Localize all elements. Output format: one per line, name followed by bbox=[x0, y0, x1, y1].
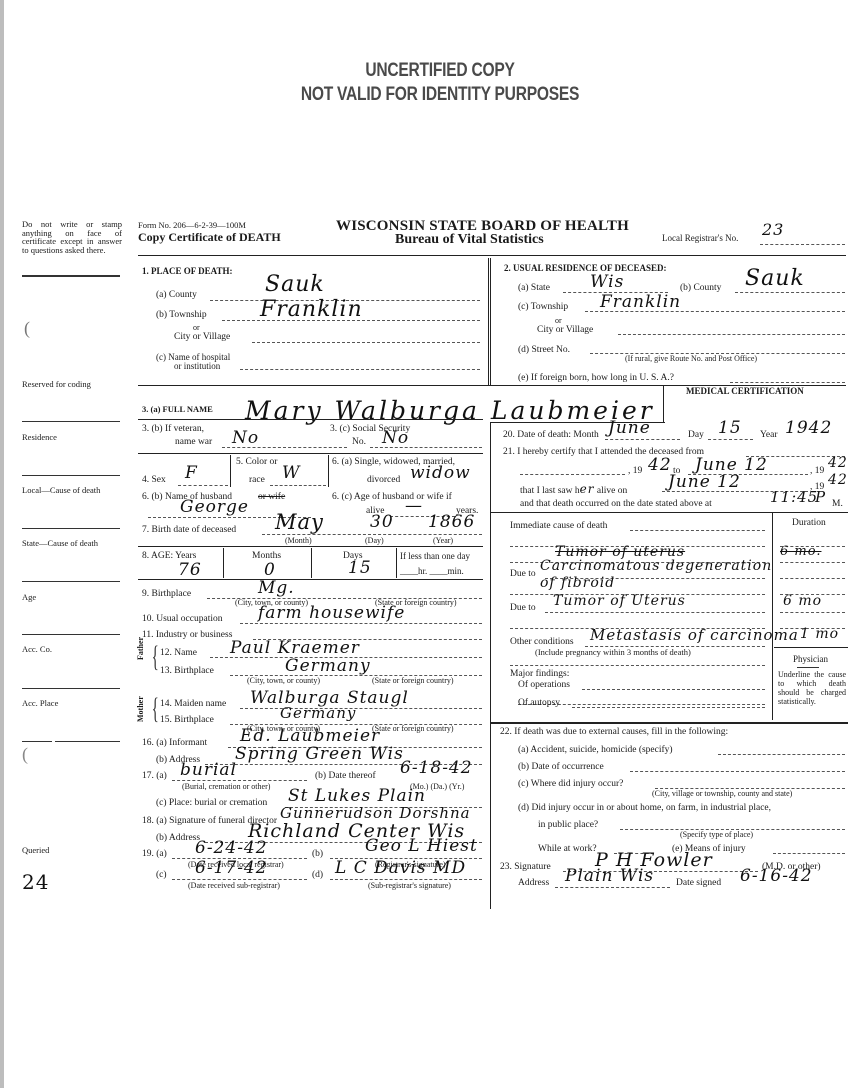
mother-name-line bbox=[240, 708, 482, 709]
immediate-duration[interactable]: 6 mo. bbox=[780, 544, 821, 559]
death-county[interactable]: Sauk bbox=[265, 272, 325, 297]
margin-rule bbox=[22, 581, 120, 582]
attend-to-year[interactable]: 42 bbox=[828, 455, 848, 471]
veteran-label-2: name war bbox=[175, 437, 212, 447]
received-local-label: 19. (a) bbox=[142, 849, 167, 859]
date-signed[interactable]: 6-16-42 bbox=[740, 866, 813, 886]
birth-date-label: 7. Birth date of deceased bbox=[142, 525, 236, 535]
rule bbox=[663, 385, 664, 422]
due-to-label: Due to bbox=[510, 569, 536, 579]
res-city-label: City or Village bbox=[537, 325, 593, 335]
foreign-line bbox=[730, 382, 845, 383]
due-to-cause-1[interactable]: Carcinomatous degeneration of fibroid bbox=[540, 558, 775, 592]
margin-rule bbox=[22, 421, 120, 422]
social-security[interactable]: No bbox=[382, 428, 409, 448]
due-to-cause-2[interactable]: Tumor of Uterus bbox=[553, 593, 686, 609]
rule bbox=[138, 419, 483, 420]
rule bbox=[396, 548, 397, 578]
city-line bbox=[252, 342, 480, 343]
burial-place[interactable]: St Lukes Plain bbox=[288, 786, 426, 806]
disposition[interactable]: burial bbox=[180, 760, 237, 780]
year-caption: (Year) bbox=[433, 536, 453, 545]
less-than-day-label: If less than one day bbox=[400, 551, 470, 561]
res-township[interactable]: Franklin bbox=[600, 292, 681, 312]
ss-label-2: No. bbox=[352, 437, 366, 447]
occupation[interactable]: farm housewife bbox=[258, 603, 405, 623]
form-number: Form No. 206—6-2-39—100M bbox=[138, 221, 246, 230]
city-caption: (City, town, or county) bbox=[247, 676, 320, 685]
or-label: or bbox=[555, 316, 562, 325]
duration-line bbox=[780, 562, 845, 563]
place-of-death-heading: 1. PLACE OF DEATH: bbox=[142, 266, 233, 276]
father-name-label: 12. Name bbox=[160, 648, 197, 658]
physician-label: Physician bbox=[793, 654, 828, 664]
uncertified-stamp: UNCERTIFIED COPY bbox=[276, 60, 604, 82]
occurred-label: and that death occurred on the date stat… bbox=[520, 499, 712, 509]
margin-rule bbox=[55, 741, 120, 742]
rule bbox=[138, 579, 483, 580]
rule bbox=[490, 512, 848, 513]
place-type-caption: (Specify type of place) bbox=[680, 830, 753, 839]
day-caption: (Day) bbox=[365, 536, 384, 545]
injury-where-caption: (City, village or township, county and s… bbox=[652, 789, 792, 798]
margin-rule bbox=[22, 275, 120, 277]
m-suffix: M. bbox=[832, 499, 843, 509]
funeral-address-label: (b) Address bbox=[156, 833, 200, 843]
veteran-label: 3. (b) If veteran, bbox=[142, 424, 204, 434]
due-to-label-2: Due to bbox=[510, 603, 536, 613]
township-label: (b) Township bbox=[156, 310, 207, 320]
rule bbox=[490, 722, 848, 724]
county-label: (a) County bbox=[156, 290, 197, 300]
date-received-local[interactable]: 6-24-42 bbox=[195, 838, 268, 858]
other-conditions[interactable]: Metastasis of carcinoma bbox=[590, 626, 799, 644]
registrar-number[interactable]: 23 bbox=[762, 220, 784, 239]
residence-heading: 2. USUAL RESIDENCE OF DECEASED: bbox=[504, 263, 666, 273]
death-township[interactable]: Franklin bbox=[260, 297, 363, 322]
rule bbox=[138, 546, 483, 547]
dod-day-line bbox=[708, 439, 753, 440]
section-divider bbox=[488, 258, 491, 385]
rule bbox=[138, 255, 846, 256]
registrar-label: Local Registrar's No. bbox=[662, 233, 738, 243]
sex-label: 4. Sex bbox=[142, 475, 166, 485]
not-valid-stamp: NOT VALID FOR IDENTITY PURPOSES bbox=[235, 84, 645, 106]
public-place-label: in public place? bbox=[538, 820, 598, 830]
occurrence-date-line bbox=[630, 771, 845, 772]
month-caption: (Month) bbox=[285, 536, 312, 545]
am-pm[interactable]: P bbox=[815, 488, 826, 506]
full-name-label: 3. (a) FULL NAME bbox=[142, 404, 213, 414]
last-saw-text: that I last saw h bbox=[520, 486, 580, 496]
accident-label: (a) Accident, suicide, homicide (specify… bbox=[518, 745, 673, 755]
queried-value: 24 bbox=[22, 870, 49, 894]
coding-queried: Queried bbox=[22, 845, 49, 855]
sex[interactable]: F bbox=[185, 463, 198, 483]
state-caption: (State or foreign country) bbox=[372, 724, 454, 733]
race[interactable]: W bbox=[282, 463, 300, 483]
birthplace[interactable]: Mg. bbox=[258, 578, 295, 598]
mother-tag: Mother bbox=[136, 696, 145, 722]
rule bbox=[311, 548, 312, 578]
column-divider bbox=[490, 422, 491, 909]
father-brace: { bbox=[152, 642, 159, 672]
age-days[interactable]: 15 bbox=[348, 558, 372, 578]
physician-underline bbox=[797, 667, 819, 668]
mother-name-label: 14. Maiden name bbox=[160, 699, 226, 709]
res-county-line bbox=[735, 292, 845, 293]
duration-divider bbox=[772, 512, 773, 720]
autopsy-label: Of autopsy bbox=[518, 698, 560, 708]
rule bbox=[223, 548, 224, 578]
bureau-title: Bureau of Vital Statistics bbox=[395, 232, 544, 248]
margin-rule bbox=[22, 634, 120, 635]
received-sub-caption: (Date received sub-registrar) bbox=[188, 881, 280, 890]
immediate-line bbox=[630, 530, 765, 531]
form-title: Copy Certificate of DEATH bbox=[138, 230, 281, 245]
received-sub-line bbox=[172, 879, 307, 880]
coding-residence: Residence bbox=[22, 432, 57, 442]
death-day[interactable]: 15 bbox=[718, 418, 742, 438]
other-duration[interactable]: 1 mo bbox=[800, 626, 839, 642]
margin-rule bbox=[22, 741, 52, 742]
sub-registrar-signature-caption: (Sub-registrar's signature) bbox=[368, 881, 451, 890]
coding-acc-place: Acc. Place bbox=[22, 698, 58, 708]
age-months[interactable]: 0 bbox=[264, 560, 276, 580]
attend-label: 21. I hereby certify that I attended the… bbox=[503, 447, 704, 457]
registrar-line bbox=[760, 244, 845, 245]
sub-registrar-signature-label: (d) bbox=[312, 870, 323, 880]
attend-from-date-line bbox=[520, 474, 625, 475]
foreign-label: (e) If foreign born, how long in U. S. A… bbox=[518, 373, 674, 383]
coding-local-cause: Local—Cause of death bbox=[22, 485, 100, 495]
other-conditions-label: Other conditions bbox=[510, 637, 574, 647]
death-year[interactable]: 1942 bbox=[785, 418, 832, 438]
age-years[interactable]: 76 bbox=[178, 560, 202, 580]
alive-on-text: alive on bbox=[597, 486, 627, 496]
disposition-label: 17. (a) bbox=[142, 771, 167, 781]
sub-registrar-signature-line bbox=[330, 879, 482, 880]
birthplace-label: 9. Birthplace bbox=[142, 589, 191, 599]
cause-line bbox=[510, 665, 765, 666]
last-saw-year[interactable]: 42 bbox=[828, 472, 848, 488]
operations-line bbox=[582, 689, 765, 690]
date-received-sub[interactable]: 6-17-42 bbox=[195, 858, 268, 878]
veteran-war[interactable]: No bbox=[232, 428, 259, 448]
received-sub-label: (c) bbox=[156, 870, 167, 880]
rule bbox=[230, 455, 231, 487]
race-label: 5. Color or bbox=[236, 457, 277, 467]
informant[interactable]: Ed. Laubmeier bbox=[240, 726, 380, 746]
or-label: or bbox=[193, 323, 200, 332]
occurrence-date-label: (b) Date of occurrence bbox=[518, 762, 604, 772]
mother-brace: { bbox=[152, 694, 159, 724]
margin-rule bbox=[22, 475, 120, 476]
disposition-date[interactable]: 6-18-42 bbox=[400, 758, 473, 778]
dod-month-line bbox=[605, 439, 680, 440]
century: 19 bbox=[633, 466, 643, 476]
wife-struck-label: or wife bbox=[258, 492, 285, 502]
state-caption: (State or foreign country) bbox=[372, 676, 454, 685]
father-birthplace[interactable]: Germany bbox=[285, 656, 371, 676]
dod-month-label: 20. Date of death: Month bbox=[503, 430, 599, 440]
hospital-line bbox=[240, 369, 480, 370]
rule bbox=[774, 647, 848, 648]
dod-year-label: Year bbox=[760, 430, 778, 440]
hr-min-label: ____hr. ____min. bbox=[400, 566, 464, 576]
cause-line bbox=[545, 612, 765, 613]
margin-rule bbox=[22, 528, 120, 529]
operations-label: Of operations bbox=[518, 680, 570, 690]
res-state[interactable]: Wis bbox=[590, 272, 624, 292]
hr-min: hr. ____min. bbox=[418, 566, 464, 576]
res-township-label: (c) Township bbox=[518, 302, 568, 312]
birth-day[interactable]: 30 bbox=[370, 512, 394, 532]
century: 19 bbox=[815, 466, 825, 476]
father-name[interactable]: Paul Kraemer bbox=[230, 638, 360, 658]
autopsy-line bbox=[572, 707, 765, 708]
rule bbox=[328, 455, 329, 487]
spouse-age-label: 6. (c) Age of husband or wife if bbox=[332, 492, 452, 502]
informant-label: 16. (a) Informant bbox=[142, 738, 207, 748]
scan-edge bbox=[0, 0, 4, 1088]
disposition-line bbox=[172, 780, 307, 781]
duration-line bbox=[780, 612, 845, 613]
sex-line bbox=[178, 485, 228, 486]
margin-mark: ( bbox=[22, 744, 28, 765]
spouse-age[interactable]: — bbox=[405, 496, 423, 516]
margin-rule bbox=[22, 688, 120, 689]
physician-address-label: Address bbox=[518, 878, 549, 888]
birth-month[interactable]: May bbox=[275, 510, 324, 534]
mother-birthplace[interactable]: Germany bbox=[280, 704, 356, 722]
occupation-line bbox=[240, 623, 482, 624]
race-line bbox=[270, 485, 326, 486]
res-city-line bbox=[618, 334, 845, 335]
underline-note: Underline the cause to which death shoul… bbox=[778, 670, 846, 706]
date-signed-label: Date signed bbox=[676, 878, 721, 888]
birth-year[interactable]: 1866 bbox=[428, 512, 475, 532]
city-label: City or Village bbox=[174, 332, 230, 342]
rule bbox=[138, 453, 483, 454]
sub-registrar-signature[interactable]: L C Davis MD bbox=[335, 858, 466, 878]
immediate-cause-label: Immediate cause of death bbox=[510, 521, 607, 531]
death-time[interactable]: 11:45 bbox=[770, 488, 818, 506]
duration-label: Duration bbox=[792, 518, 826, 528]
major-findings-label: Major findings: bbox=[510, 669, 569, 679]
occupation-label: 10. Usual occupation bbox=[142, 614, 222, 624]
signature-label: 23. Signature bbox=[500, 862, 551, 872]
res-county-label: (b) County bbox=[680, 283, 721, 293]
means-line bbox=[773, 853, 845, 854]
injury-place-label: (d) Did injury occur in or about home, o… bbox=[518, 803, 771, 813]
race-label-2: race bbox=[249, 475, 265, 485]
coding-age: Age bbox=[22, 592, 36, 602]
mother-birthplace-label: 15. Birthplace bbox=[160, 715, 214, 725]
burial-place-label: (c) Place: burial or cremation bbox=[156, 798, 267, 808]
at-work-label: While at work? bbox=[538, 844, 597, 854]
father-birthplace-label: 13. Birthplace bbox=[160, 666, 214, 676]
last-saw-date[interactable]: June 12 bbox=[668, 472, 741, 492]
street-note: (If rural, give Route No. and Post Offic… bbox=[625, 354, 757, 363]
father-tag: Father bbox=[136, 637, 145, 660]
registrar-signature-label: (b) bbox=[312, 849, 323, 859]
injury-where-label: (c) Where did injury occur? bbox=[518, 779, 623, 789]
hospital-label-2: or institution bbox=[174, 361, 220, 371]
res-street-label: (d) Street No. bbox=[518, 345, 570, 355]
physician-address[interactable]: Plain Wis bbox=[565, 866, 654, 886]
informant-address[interactable]: Spring Green Wis bbox=[235, 744, 404, 764]
res-state-label: (a) State bbox=[518, 283, 550, 293]
res-county[interactable]: Sauk bbox=[745, 266, 805, 291]
disposition-date-label: (b) Date thereof bbox=[315, 771, 376, 781]
external-causes-heading: 22. If death was due to external causes,… bbox=[500, 727, 728, 737]
medical-heading: MEDICAL CERTIFICATION bbox=[686, 386, 804, 396]
coding-state-cause: State—Cause of death bbox=[22, 538, 98, 548]
death-month[interactable]: June bbox=[608, 418, 651, 438]
due-to-duration-2[interactable]: 6 mo bbox=[783, 593, 822, 609]
physician-address-line bbox=[555, 887, 670, 888]
husband-name[interactable]: George bbox=[180, 497, 249, 517]
margin-instructions: Do not write or stamp anything on face o… bbox=[22, 220, 122, 254]
accident-line bbox=[718, 754, 845, 755]
full-name[interactable]: Mary Walburga Laubmeier bbox=[245, 396, 655, 425]
birth-date-line bbox=[262, 534, 482, 535]
registrar-signature[interactable]: Geo L Hiest bbox=[365, 836, 478, 856]
attend-from-year-prefix: , 19 bbox=[628, 466, 642, 476]
coding-acc-co: Acc. Co. bbox=[22, 644, 52, 654]
marital-status[interactable]: widow bbox=[410, 463, 471, 483]
marital-label-2: divorced bbox=[367, 475, 400, 485]
disposition-caption: (Burial, cremation or other) bbox=[182, 782, 270, 791]
pronoun: er bbox=[580, 482, 595, 496]
pregnancy-caption: (Include pregnancy within 3 months of de… bbox=[535, 648, 691, 657]
margin-mark: ( bbox=[24, 318, 30, 339]
attend-to-year-prefix: , 19 bbox=[810, 466, 824, 476]
last-saw-label: that I last saw her alive on bbox=[520, 482, 627, 496]
industry-label: 11. Industry or business bbox=[142, 630, 232, 640]
coding-reserved: Reserved for coding bbox=[22, 379, 91, 389]
dod-day-label: Day bbox=[688, 430, 704, 440]
duration-line bbox=[780, 578, 845, 579]
